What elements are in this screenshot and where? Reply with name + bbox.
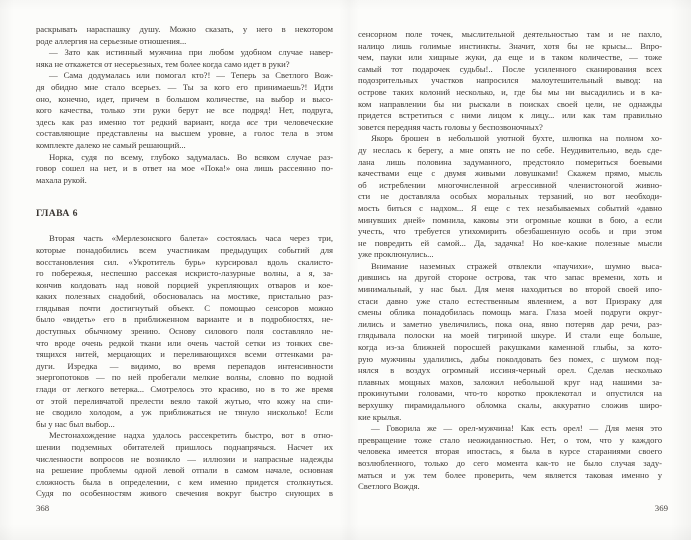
text-line: — Говорила же — орел-мужчина! Как есть о… (358, 423, 662, 435)
text-line: бы у нас был выбор... (36, 419, 333, 431)
text-line: кие крылья. (358, 412, 662, 424)
text-line: которые понадобились всем участникам пре… (36, 245, 333, 257)
text-line: подозрительных участков напросился малоу… (358, 75, 662, 87)
text-line: кого качества, только эти руки берут не … (36, 105, 333, 117)
text-line: смены облика понадобилась помощь мага. Г… (358, 307, 662, 319)
book-spread: раскрывать нараспашку душу. Можно сказат… (0, 0, 691, 540)
text-line: — Зато как истинный мужчина при любом уд… (36, 47, 333, 59)
text-line: кончив колдовать над новой порцией укреп… (36, 280, 333, 292)
text-line: об истреблении многочисленной агрессивно… (358, 180, 662, 192)
text-line: налицо лишь голимые инстинкты. Значит, х… (358, 41, 662, 53)
text-line: лана лишь половина задуманного, предстоя… (358, 157, 662, 169)
text-line: маться и уж тем более проверить, чем явл… (358, 470, 662, 482)
text-line: Судя по особенностям живого свечения вок… (36, 488, 333, 500)
text-line: от этой переливчатой прелести веяло тако… (36, 396, 333, 408)
text-line: человека имеется вторая ипостась, я была… (358, 446, 662, 458)
page-number-right: 369 (655, 503, 668, 513)
text-line: глядывала полоски на моей тигриной шкуре… (358, 330, 662, 342)
text-line: когда из-за ближней поросшей ракушками к… (358, 342, 662, 354)
text-line: качествами еще с двумя живыми ловушками!… (358, 168, 662, 180)
text-line: — Сама додумалась или помогал кто?! — Те… (36, 70, 333, 82)
text-line: лились и заметно увеличились, пока она, … (358, 319, 662, 331)
text-line: глядывая почти достигнутый объект. С пом… (36, 303, 333, 315)
text-line: на решение проблемы одной левой отпали в… (36, 465, 333, 477)
text-line: Внимание наземных стражей отвлекли «пауч… (358, 261, 662, 273)
text-line: няка не откажется от несерьезных, тем бо… (36, 59, 333, 71)
text-line: минимальный, у нас был. Для меня находит… (358, 284, 662, 296)
text-line: было «видеть» его в приближенном вариант… (36, 314, 333, 326)
text-line: рую мужчины удалились, дабы поколдовать … (358, 354, 662, 366)
text-line: придется встретиться с ними лицом к лицу… (358, 110, 662, 122)
text-line: плавных мощных махов, заложил небольшой … (358, 377, 662, 389)
page-left-text-column: раскрывать нараспашку душу. Можно сказат… (36, 24, 333, 500)
text-line: верхушку пирамидального обломка скалы, а… (358, 400, 662, 412)
text-line: комплекте далеко не самый решающий... (36, 140, 333, 152)
text-line: учесть, что требуется утихомирить обезба… (358, 226, 662, 238)
text-line: Светлого Вождя. (358, 481, 662, 493)
text-line: восстановления сил. «Укротитель бурь» ку… (36, 257, 333, 269)
page-right-text-column: сенсорном поле точек, мыслительной деяте… (358, 29, 662, 493)
text-line: не повредить ей самой... Да, задачка! Но… (358, 238, 662, 250)
text-line: Вторая часть «Мерлезонского балета» сост… (36, 233, 333, 245)
text-line: стаси давно уже стало естественным явлен… (358, 296, 662, 308)
text-line: ду неслась к берегу, а мне опять не по с… (358, 145, 662, 157)
text-line: раскрывать нараспашку душу. Можно сказат… (36, 24, 333, 36)
text-line: дя обидно мне стало всерьез. — Ты за ког… (36, 82, 333, 94)
text-line: зовется передняя часть головы у беспозво… (358, 122, 662, 134)
text-line: нялся в воздух огромный иссиня-черный ор… (358, 365, 662, 377)
text-line: дуги. Изредка — видимо, во время перепад… (36, 361, 333, 373)
chapter-heading: ГЛАВА 6 (36, 208, 333, 220)
text-line: сенсорном поле точек, мыслительной деяте… (358, 29, 662, 41)
text-line: что вроде очень редкой ткани или очень ч… (36, 338, 333, 350)
text-line: ком направлении бы ни рыскали в поисках … (358, 99, 662, 111)
text-line: возлюбленного, только до сего момента ка… (358, 458, 662, 470)
text-line: доступных обычному зрению. Основу силово… (36, 326, 333, 338)
text-line: энергопотоков — по ней пробегали мелкие … (36, 372, 333, 384)
text-line: численности вопросов не возникло — иллюз… (36, 454, 333, 466)
text-line: не сводило холодом, а уж приближаться не… (36, 407, 333, 419)
text-line: глади от легкого ветерка... Смотрелось э… (36, 384, 333, 396)
text-line: дившись на другой стороне острова, так ч… (358, 272, 662, 284)
text-line: сти не доставляла особых моральных терза… (358, 191, 662, 203)
text-line: шении подземных обитателей пришлось подн… (36, 442, 333, 454)
text-line: острове таких колоний несколько, и, где … (358, 87, 662, 99)
text-line: Якорь брошен в небольшой уютной бухте, ш… (358, 133, 662, 145)
text-line: оно, конечно, идет, причем в большом кол… (36, 94, 333, 106)
text-line: каких полезных снадобий, обосновалась на… (36, 291, 333, 303)
text-line: превращение тоже стало неожиданностью. Н… (358, 435, 662, 447)
text-line: го побережья, неспешно рассекая искристо… (36, 268, 333, 280)
text-line: говор сошел на нет, и в ответ на мое «По… (36, 163, 333, 175)
text-line: тящихся нитей, мерцающих и переливающихс… (36, 349, 333, 361)
text-line: мость биться с надхом... Я еще с тех нез… (358, 203, 662, 215)
text-line: Норка, судя по всему, глубоко задумалась… (36, 152, 333, 164)
text-line: сложность была в определении, с кем имен… (36, 477, 333, 489)
text-line: прокинутыми головами, что-то коротко про… (358, 388, 662, 400)
text-line: уже проклюнулись... (358, 249, 662, 261)
text-line: роде аллергия на серьезные отношения... (36, 36, 333, 48)
text-line: чем, пауки или хищные жуки, да еще и в т… (358, 52, 662, 64)
text-line: составляющие представлены на высшем уров… (36, 128, 333, 140)
text-line: самый тот подарочек судьбы!.. После усил… (358, 64, 662, 76)
text-line: здесь как раз именно тот редкий вариант,… (36, 117, 333, 129)
text-line: минувших дней» помнила, каковы эти огром… (358, 215, 662, 227)
text-line: Местонахождение надха удалось рассекрети… (36, 430, 333, 442)
page-number-left: 368 (36, 503, 49, 513)
text-line: махала рукой. (36, 175, 333, 187)
